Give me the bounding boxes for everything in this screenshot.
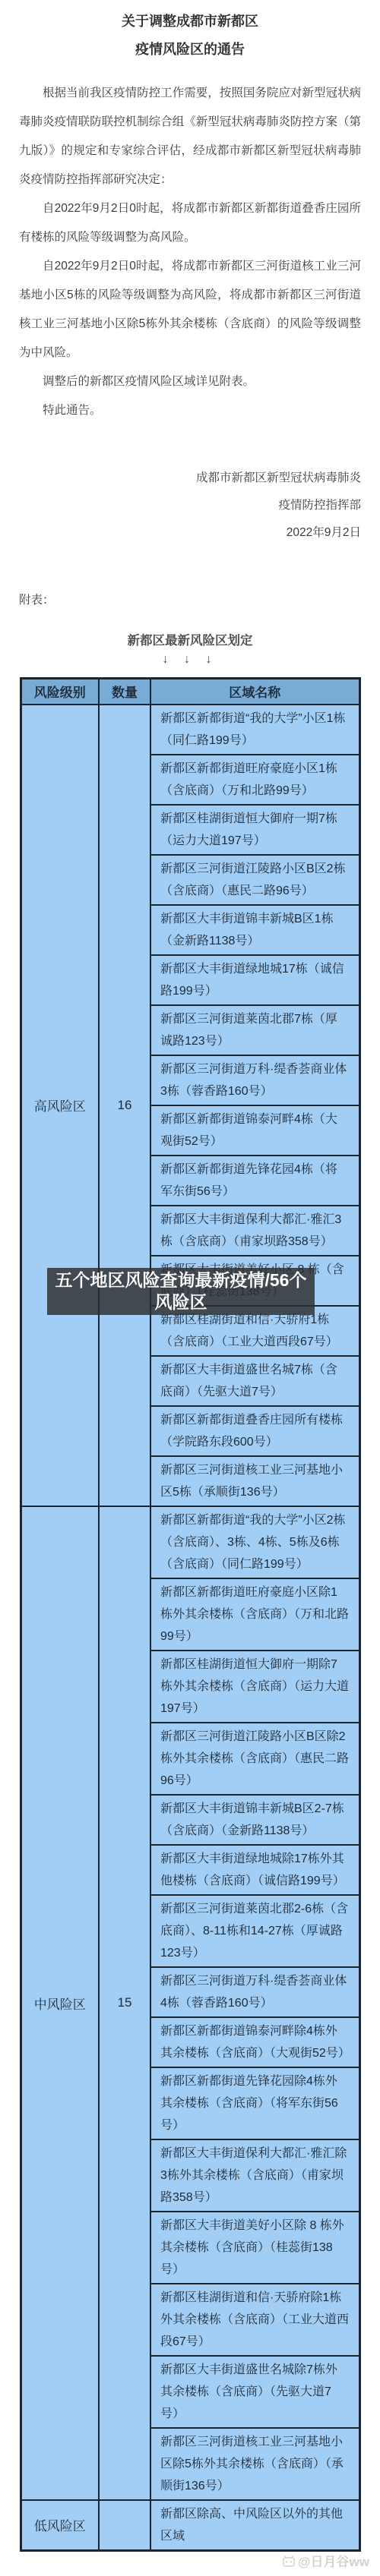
risk-area-cell: 新都区大丰街道美好小区除 8 栋外其余楼栋（含底商）（桂蕊街138号） xyxy=(150,2212,359,2284)
risk-area-cell: 新都区三河街道万科·缇香荟商业体4栋（蓉香路160号） xyxy=(150,1967,359,2017)
risk-area-cell: 新都区新都街道先锋花园除4栋外其余楼栋（含底商）（将军东街56号） xyxy=(150,2067,359,2139)
risk-area-cell: 新都区除高、中风险区以外的其他区域 xyxy=(150,2500,359,2551)
page-title-line-1: 关于调整成都市新都区 xyxy=(0,8,380,36)
table-title: 新都区最新风险区划定 xyxy=(0,630,380,648)
table-row: 高风险区16新都区新都街道“我的大学”小区1栋（同仁路199号） xyxy=(21,705,359,755)
risk-area-cell: 新都区新都街道锦泰河畔除4栋外其余楼栋（含底商）（大观街52号） xyxy=(150,2017,359,2067)
risk-area-cell: 新都区新都街道“我的大学”小区2栋（含底商）、3栋、4栋、5栋及6栋（含底商）（… xyxy=(150,1506,359,1578)
caption-overlay: 五个地区风险查询最新疫情/56个风险区 xyxy=(47,1268,315,1315)
risk-area-cell: 新都区大丰街道保利大都汇·雅汇除3栋外其余楼栋（含底商）（甫家坝路358号） xyxy=(150,2139,359,2212)
risk-area-cell: 新都区新都街道旺府豪庭小区1栋（含底商）（万和北路99号） xyxy=(150,755,359,805)
paragraph: 调整后的新都区疫情风险区域详见附表。 xyxy=(19,367,361,396)
risk-level-cell: 低风险区 xyxy=(21,2500,99,2551)
risk-area-cell: 新都区新都街道叠香庄园所有楼栋（学院路东段600号） xyxy=(150,1406,359,1456)
page-title: 关于调整成都市新都区 疫情风险区的通告 xyxy=(0,0,380,64)
risk-area-cell: 新都区三河街道江陵路小区B区2栋（含底商）（惠民二路96号） xyxy=(150,855,359,905)
risk-area-cell: 新都区新都街道锦泰河畔4栋（大观街52号） xyxy=(150,1105,359,1156)
risk-count-cell: 15 xyxy=(99,1506,150,2500)
risk-level-cell: 中风险区 xyxy=(21,1506,99,2500)
risk-area-cell: 新都区大丰街道保利大都汇·雅汇3栋（含底商）（甫家坝路358号） xyxy=(150,1206,359,1256)
attachment-label: 附表： xyxy=(0,591,380,607)
risk-area-cell: 新都区大丰街道绿地城除17栋外其他楼栋（含底商）（诚信路199号） xyxy=(150,1845,359,1895)
table-row: 中风险区15新都区新都街道“我的大学”小区2栋（含底商）、3栋、4栋、5栋及6栋… xyxy=(21,1506,359,1578)
signature-line-1: 成都市新都区新型冠状病毒肺炎 xyxy=(0,465,361,492)
paragraph: 特此通告。 xyxy=(19,396,361,425)
body-paragraphs: 根据当前我区疫情防控工作需要，按照国务院应对新型冠状病毒肺炎疫情联防联控机制综合… xyxy=(0,64,380,425)
risk-area-cell: 新都区大丰街道绿地城17栋（诚信路199号） xyxy=(150,955,359,1005)
page-title-line-2: 疫情风险区的通告 xyxy=(0,36,380,64)
risk-area-cell: 新都区新都街道“我的大学”小区1栋（同仁路199号） xyxy=(150,705,359,755)
risk-area-cell: 新都区三河街道核工业三河基地小区5栋（承顺街136号） xyxy=(150,1456,359,1506)
risk-area-cell: 新都区三河街道莱茵北郡7栋（厚诚路123号） xyxy=(150,1005,359,1055)
header-count: 数量 xyxy=(99,679,150,705)
signature-date: 2022年9月2日 xyxy=(0,519,361,547)
paragraph: 自2022年9月2日0时起，将成都市新都区三河街道核工业三河基地小区5栋的风险等… xyxy=(19,252,361,367)
risk-area-cell: 新都区新都街道先锋花园4栋（将军东街56号） xyxy=(150,1156,359,1206)
table-row: 低风险区新都区除高、中风险区以外的其他区域 xyxy=(21,2500,359,2551)
risk-level-cell: 高风险区 xyxy=(21,705,99,1506)
risk-area-cell: 新都区新都街道旺府豪庭小区除1栋外其余楼栋（含底商）（万和北路99号） xyxy=(150,1578,359,1651)
down-arrows-icon: ↓ ↓ ↓ xyxy=(0,653,380,667)
watermark-text: @日月谷ww xyxy=(298,2551,369,2570)
risk-area-cell: 新都区三河街道莱茵北郡2-6栋（含底商）、8-11栋和14-27栋（厚诚路123… xyxy=(150,1895,359,1967)
risk-area-cell: 新都区大丰街道盛世名城7栋（含底商）（先驱大道7号） xyxy=(150,1356,359,1406)
paragraph: 自2022年9月2日0时起，将成都市新都区新都街道叠香庄园所有楼栋的风险等级调整… xyxy=(19,194,361,252)
risk-area-cell: 新都区三河街道万科·缇香荟商业体3栋（蓉香路160号） xyxy=(150,1055,359,1105)
signature-block: 成都市新都区新型冠状病毒肺炎 疫情防控指挥部 2022年9月2日 xyxy=(0,465,380,547)
header-risk-level: 风险级别 xyxy=(21,679,99,705)
signature-line-2: 疫情防控指挥部 xyxy=(0,492,361,519)
header-area-name: 区域名称 xyxy=(150,679,359,705)
watermark-paw-icon xyxy=(282,2554,296,2568)
risk-count-cell: 16 xyxy=(99,705,150,1506)
risk-area-cell: 新都区大丰街道盛世名城除7栋外其余楼栋（含底商）（先驱大道7号） xyxy=(150,2356,359,2428)
risk-table-body: 高风险区16新都区新都街道“我的大学”小区1栋（同仁路199号）新都区新都街道旺… xyxy=(21,705,359,2551)
risk-area-cell: 新都区桂湖街道恒大御府一期除7栋外其余楼栋（含底商）（运力大道197号） xyxy=(150,1651,359,1723)
risk-area-cell: 新都区三河街道核工业三河基地小区除5栋外其余楼栋（含底商）（承顺街136号） xyxy=(150,2428,359,2500)
notice-page: 关于调整成都市新都区 疫情风险区的通告 根据当前我区疫情防控工作需要，按照国务院… xyxy=(0,0,380,2576)
watermark: @日月谷ww xyxy=(282,2551,369,2570)
risk-area-table: 风险级别 数量 区域名称 高风险区16新都区新都街道“我的大学”小区1栋（同仁路… xyxy=(20,677,361,2552)
risk-area-cell: 新都区大丰街道锦丰新城B区1栋（金新路1138号） xyxy=(150,905,359,955)
paragraph: 根据当前我区疫情防控工作需要，按照国务院应对新型冠状病毒肺炎疫情联防联控机制综合… xyxy=(19,79,361,194)
risk-area-cell: 新都区三河街道江陵路小区B区除2栋外其余楼栋（含底商）（惠民二路96号） xyxy=(150,1723,359,1795)
risk-count-cell xyxy=(99,2500,150,2551)
risk-area-cell: 新都区桂湖街道和信·天骄府除1栋外其余楼栋（含底商）（工业大道西段67号） xyxy=(150,2284,359,2356)
risk-area-cell: 新都区桂湖街道恒大御府一期7栋（运力大道197号） xyxy=(150,805,359,855)
table-header-row: 风险级别 数量 区域名称 xyxy=(21,679,359,705)
risk-area-cell: 新都区大丰街道锦丰新城B区2-7栋（含底商）（金新路1138号） xyxy=(150,1795,359,1845)
